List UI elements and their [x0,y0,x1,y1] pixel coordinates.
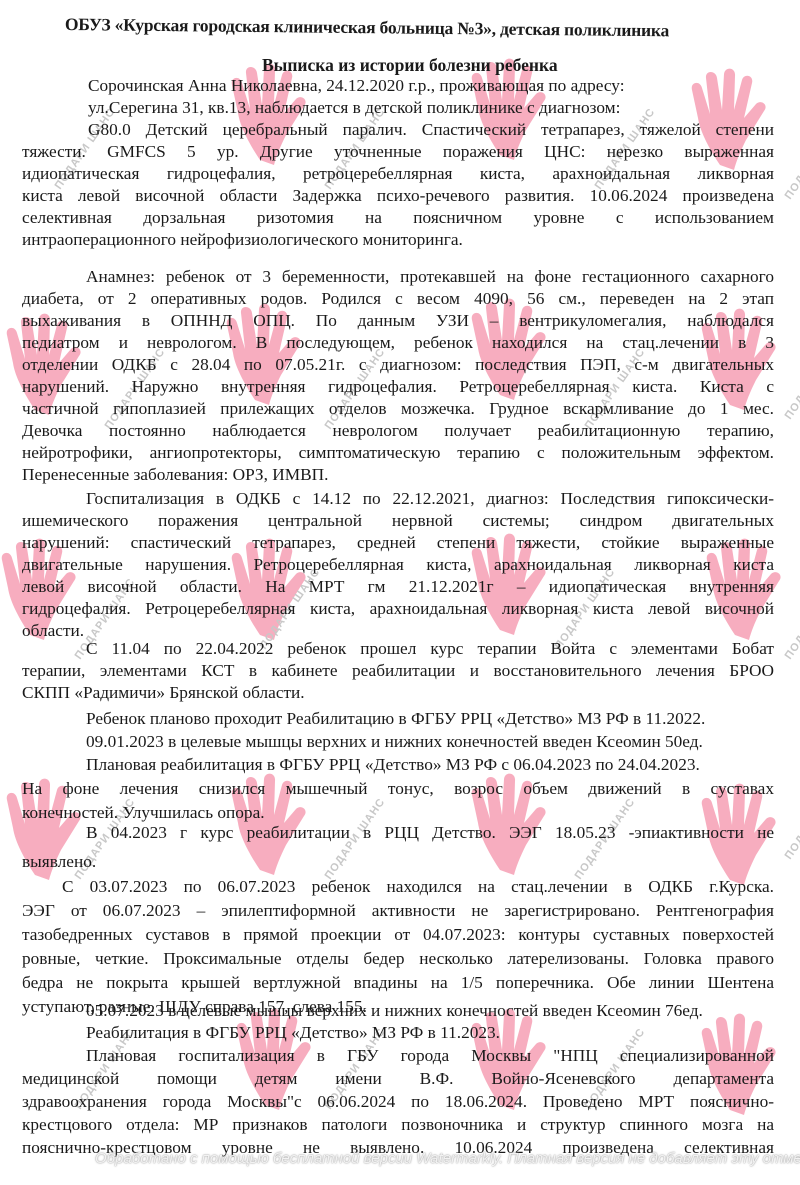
patient-line: Сорочинская Анна Николаевна, 24.12.2020 … [88,75,625,97]
eeg-2023-05-paragraph: В 04.2023 г курс реабилитации в РЦЦ Детс… [22,822,774,873]
hospitalization-2021-paragraph: Госпитализация в ОДКБ с 14.12 по 22.12.2… [22,488,774,642]
hospitalization-2023-07-paragraph: С 03.07.2023 по 06.07.2023 ребенок наход… [22,876,774,1018]
vojta-therapy-paragraph: С 11.04 по 22.04.2022 ребенок прошел кур… [22,638,774,704]
rehab-2022-line: Ребенок планово проходит Реабилитацию в … [86,708,705,730]
hospitalization-2024-paragraph: Плановая госпитализация в ГБУ города Мос… [22,1045,774,1159]
watermark-notice: Обработано с помощью бесплатной версии W… [95,1150,800,1167]
xeomin-2023-07-line: 05.07.2023 в целевые мышцы верхних и ниж… [86,1000,703,1022]
address-line: ул.Серегина 31, кв.13, наблюдается в дет… [88,97,620,119]
organization-header: ОБУЗ «Курская городская клиническая боль… [65,14,765,42]
document-page: ПОДАРИ ШАНС [0,0,800,1185]
xeomin-2023-01-line: 09.01.2023 в целевые мышцы верхних и ниж… [86,731,703,753]
rehab-2023-04-paragraph: Плановая реабилитация в ФГБУ РРЦ «Детств… [22,754,774,824]
anamnesis-paragraph: Анамнез: ребенок от 3 беременности, прот… [22,266,774,486]
rehab-2023-11-line: Реабилитация в ФГБУ РРЦ «Детство» МЗ РФ … [86,1022,500,1044]
document-title: Выписка из истории болезни ребенка [262,55,558,76]
diagnosis-paragraph: G80.0 Детский церебральный паралич. Спас… [22,119,774,251]
